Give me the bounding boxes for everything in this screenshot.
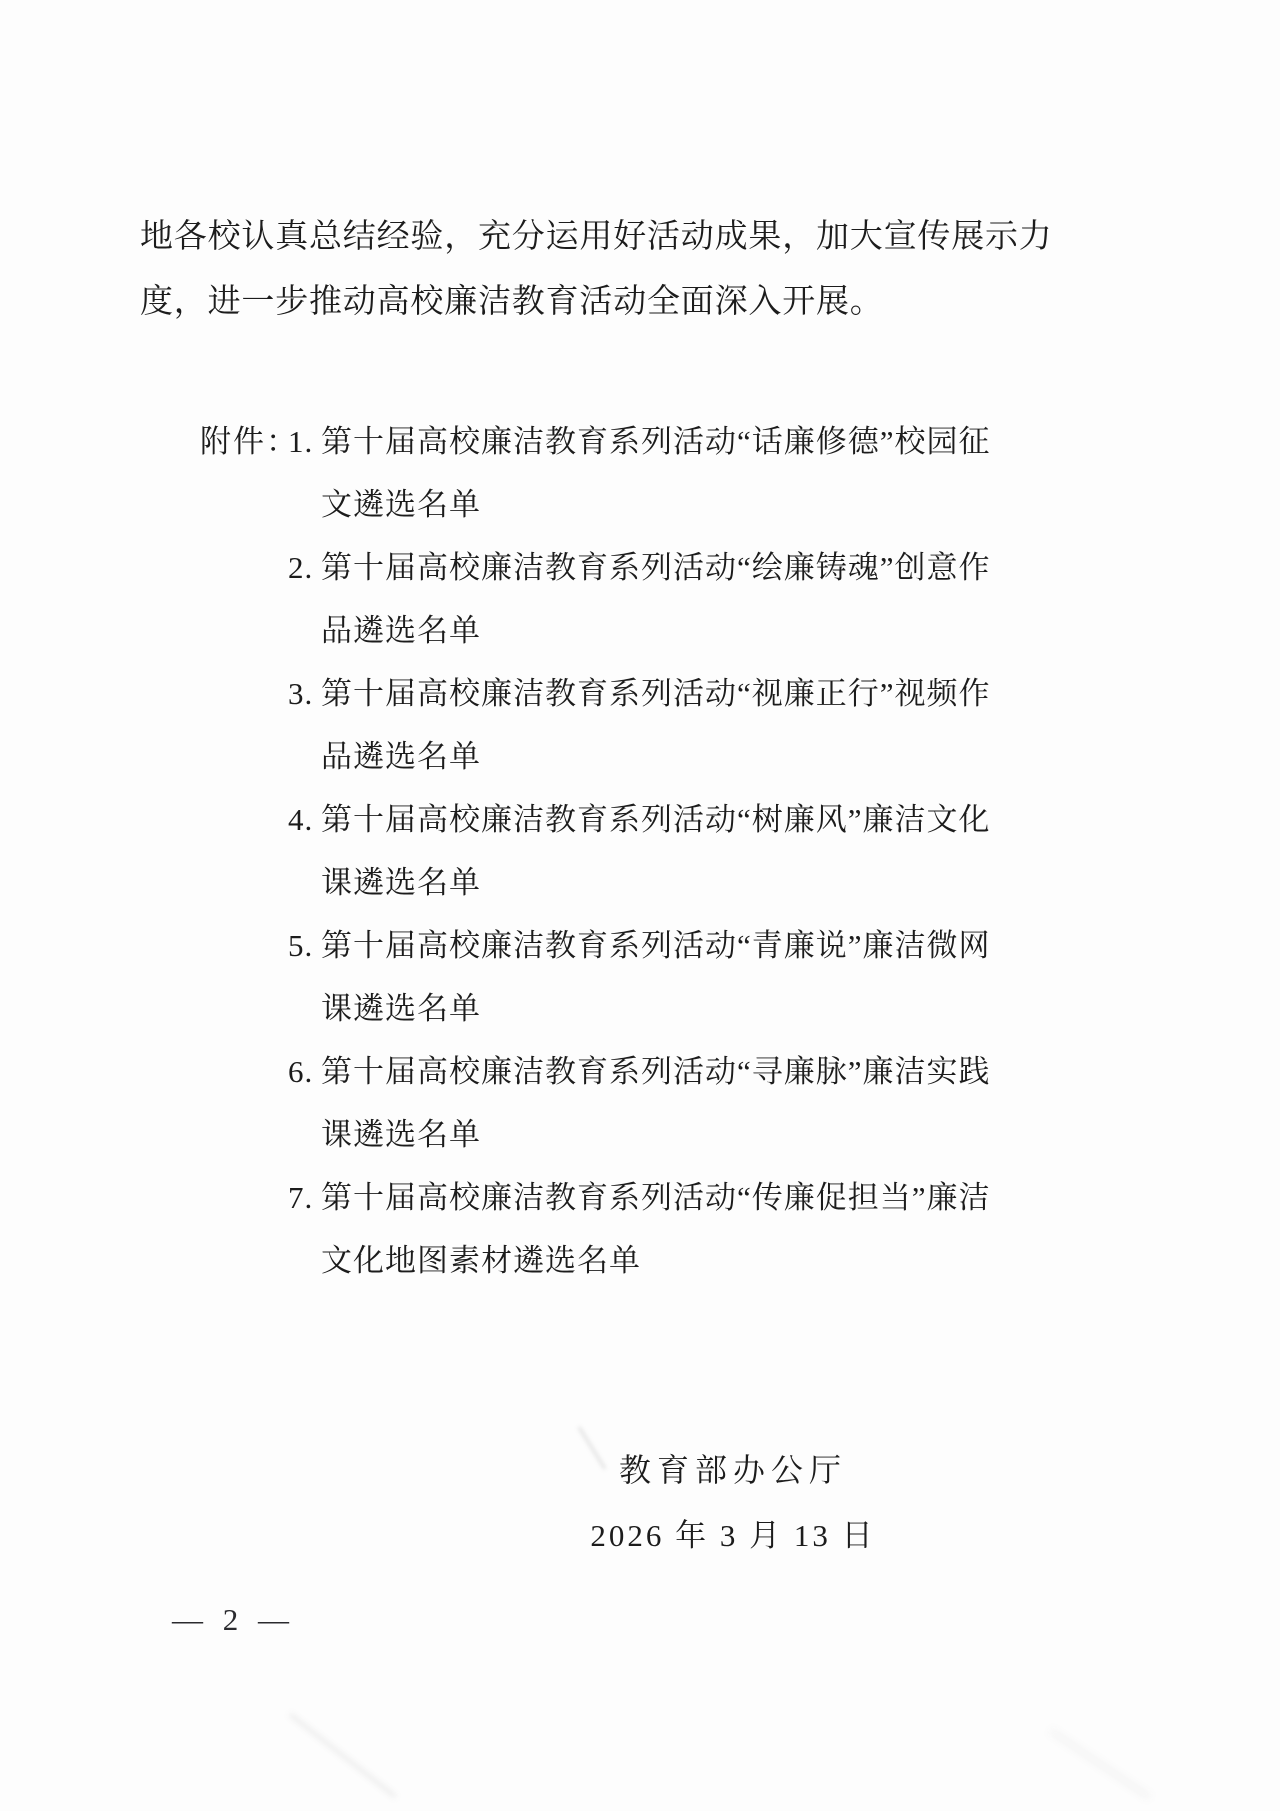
- attachment-item-text: 第十届高校廉洁教育系列活动“传廉促担当”廉洁: [321, 1180, 991, 1215]
- attachment-item-3-line2: 品遴选名单: [200, 725, 1060, 788]
- attachment-list: 附件：1.第十届高校廉洁教育系列活动“话廉修德”校园征 文遴选名单 2.第十届高…: [200, 410, 1060, 1292]
- issue-date: 2026 年 3 月 13 日: [533, 1514, 933, 1558]
- attachment-item-number: 3.: [288, 662, 321, 725]
- attachment-item-1-line2: 文遴选名单: [200, 473, 1060, 536]
- attachment-item-text: 第十届高校廉洁教育系列活动“寻廉脉”廉洁实践: [321, 1054, 991, 1089]
- attachment-item-text: 第十届高校廉洁教育系列活动“绘廉铸魂”创意作: [321, 550, 991, 585]
- attachment-item-2-line2: 品遴选名单: [200, 599, 1060, 662]
- attachment-item-4-line2: 课遴选名单: [200, 851, 1060, 914]
- attachment-item-number: 2.: [288, 536, 321, 599]
- paragraph-line-1: 地各校认真总结经验，充分运用好活动成果，加大宣传展示力: [140, 205, 1010, 270]
- attachment-item-7-line1: 7.第十届高校廉洁教育系列活动“传廉促担当”廉洁: [200, 1166, 1060, 1229]
- attachment-item-number: 6.: [288, 1040, 321, 1103]
- page-number: — 2 —: [172, 1602, 295, 1638]
- attachment-item-4-line1: 4.第十届高校廉洁教育系列活动“树廉风”廉洁文化: [200, 788, 1060, 851]
- attachment-item-6-line1: 6.第十届高校廉洁教育系列活动“寻廉脉”廉洁实践: [200, 1040, 1060, 1103]
- attachment-item-number: 7.: [288, 1166, 321, 1229]
- attachment-item-7-line2: 文化地图素材遴选名单: [200, 1229, 1060, 1292]
- scan-artifact: [288, 1712, 397, 1799]
- attachment-item-1-line1: 附件：1.第十届高校廉洁教育系列活动“话廉修德”校园征: [200, 410, 1060, 473]
- attachment-item-6-line2: 课遴选名单: [200, 1103, 1060, 1166]
- attachment-item-2-line1: 2.第十届高校廉洁教育系列活动“绘廉铸魂”创意作: [200, 536, 1060, 599]
- attachment-item-text: 第十届高校廉洁教育系列活动“树廉风”廉洁文化: [321, 802, 991, 837]
- attachment-item-text: 第十届高校廉洁教育系列活动“话廉修德”校园征: [321, 424, 991, 459]
- body-paragraph: 地各校认真总结经验，充分运用好活动成果，加大宣传展示力 度，进一步推动高校廉洁教…: [140, 205, 1010, 335]
- attachment-item-5-line2: 课遴选名单: [200, 977, 1060, 1040]
- scan-artifact: [1049, 1728, 1152, 1800]
- attachment-item-text: 第十届高校廉洁教育系列活动“青廉说”廉洁微网: [321, 928, 991, 963]
- document-page: 地各校认真总结经验，充分运用好活动成果，加大宣传展示力 度，进一步推动高校廉洁教…: [0, 0, 1280, 1811]
- attachment-item-number: 1.: [288, 410, 321, 473]
- attachment-item-number: 5.: [288, 914, 321, 977]
- attachment-label: 附件：: [200, 410, 288, 473]
- paragraph-line-2: 度，进一步推动高校廉洁教育活动全面深入开展。: [140, 270, 1010, 335]
- attachment-item-text: 第十届高校廉洁教育系列活动“视廉正行”视频作: [321, 676, 991, 711]
- attachment-item-number: 4.: [288, 788, 321, 851]
- issuer-name: 教育部办公厅: [533, 1448, 933, 1492]
- signature-block: 教育部办公厅 2026 年 3 月 13 日: [533, 1448, 933, 1558]
- attachment-item-5-line1: 5.第十届高校廉洁教育系列活动“青廉说”廉洁微网: [200, 914, 1060, 977]
- attachment-item-3-line1: 3.第十届高校廉洁教育系列活动“视廉正行”视频作: [200, 662, 1060, 725]
